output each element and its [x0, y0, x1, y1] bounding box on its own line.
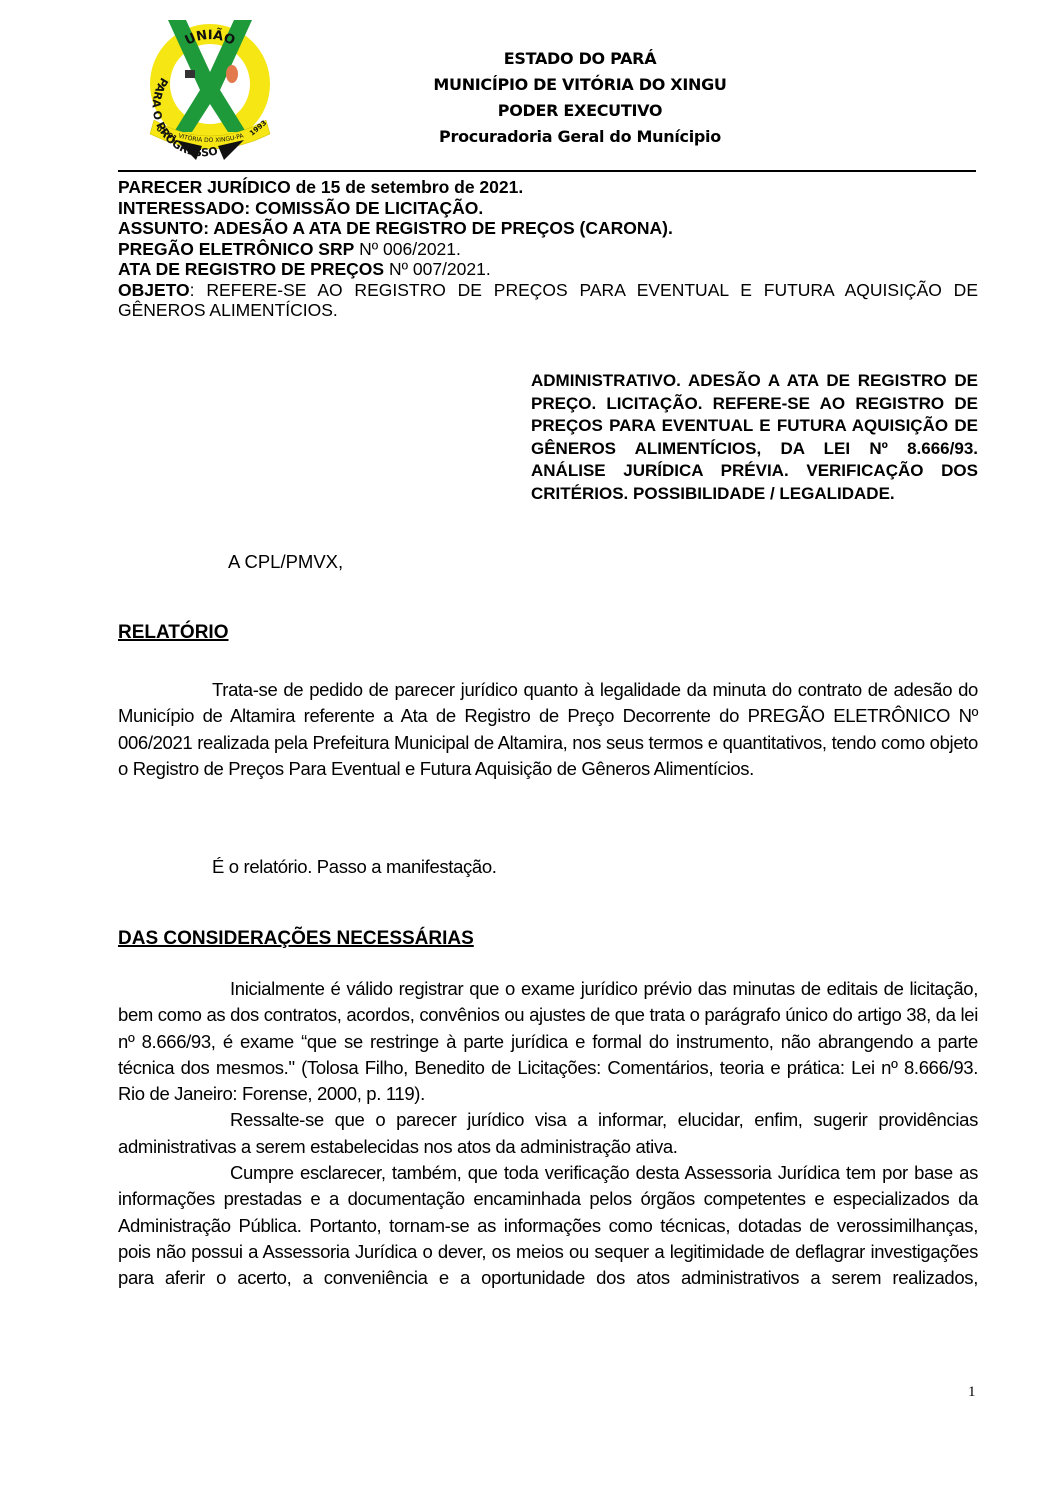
meta-pregao-value: Nº 006/2021. — [354, 239, 461, 259]
meta-interessado: INTERESSADO: COMISSÃO DE LICITAÇÃO. — [118, 198, 483, 218]
relatorio-closing-block: É o relatório. Passo a manifestação. — [118, 854, 978, 880]
meta-pregao-label: PREGÃO ELETRÔNICO SRP — [118, 239, 354, 259]
section-title-relatorio: RELATÓRIO — [118, 622, 228, 644]
meta-objeto-label: OBJETO — [118, 280, 190, 300]
consideracoes-paragraph-3: Cumpre esclarecer, também, que toda veri… — [118, 1160, 978, 1291]
consideracoes-body: Inicialmente é válido registrar que o ex… — [118, 976, 978, 1292]
page-number: 1 — [968, 1384, 976, 1401]
meta-ata-label: ATA DE REGISTRO DE PREÇOS — [118, 259, 384, 279]
section-title-consideracoes: DAS CONSIDERAÇÕES NECESSÁRIAS — [118, 928, 474, 950]
salutation: A CPL/PMVX, — [228, 549, 343, 576]
document-header: ESTADO DO PARÁ MUNICÍPIO DE VITÓRIA DO X… — [380, 46, 780, 150]
consideracoes-paragraph-1: Inicialmente é válido registrar que o ex… — [118, 976, 978, 1107]
municipal-logo-icon: UNIÃO PARA O PROGRESSO VITÓRIA DO XINGU-… — [140, 12, 280, 162]
meta-ata-value: Nº 007/2021. — [384, 259, 491, 279]
meta-parecer: PARECER JURÍDICO de 15 de setembro de 20… — [118, 177, 523, 197]
header-state: ESTADO DO PARÁ — [380, 46, 780, 72]
header-branch: PODER EXECUTIVO — [380, 98, 780, 124]
document-meta: PARECER JURÍDICO de 15 de setembro de 20… — [118, 177, 978, 321]
relatorio-paragraph: Trata-se de pedido de parecer jurídico q… — [118, 677, 978, 782]
consideracoes-paragraph-2: Ressalte-se que o parecer jurídico visa … — [118, 1107, 978, 1160]
header-department: Procuradoria Geral do Munícipio — [380, 124, 780, 150]
relatorio-closing: É o relatório. Passo a manifestação. — [118, 854, 978, 880]
document-page: UNIÃO PARA O PROGRESSO VITÓRIA DO XINGU-… — [0, 0, 1059, 1498]
meta-assunto: ASSUNTO: ADESÃO A ATA DE REGISTRO DE PRE… — [118, 218, 673, 238]
meta-objeto-value: : REFERE-SE AO REGISTRO DE PREÇOS PARA E… — [118, 280, 978, 321]
relatorio-text: Trata-se de pedido de parecer jurídico q… — [118, 677, 978, 782]
header-municipality: MUNICÍPIO DE VITÓRIA DO XINGU — [380, 72, 780, 98]
ementa: ADMINISTRATIVO. ADESÃO A ATA DE REGISTRO… — [531, 370, 978, 505]
header-divider — [118, 170, 976, 172]
